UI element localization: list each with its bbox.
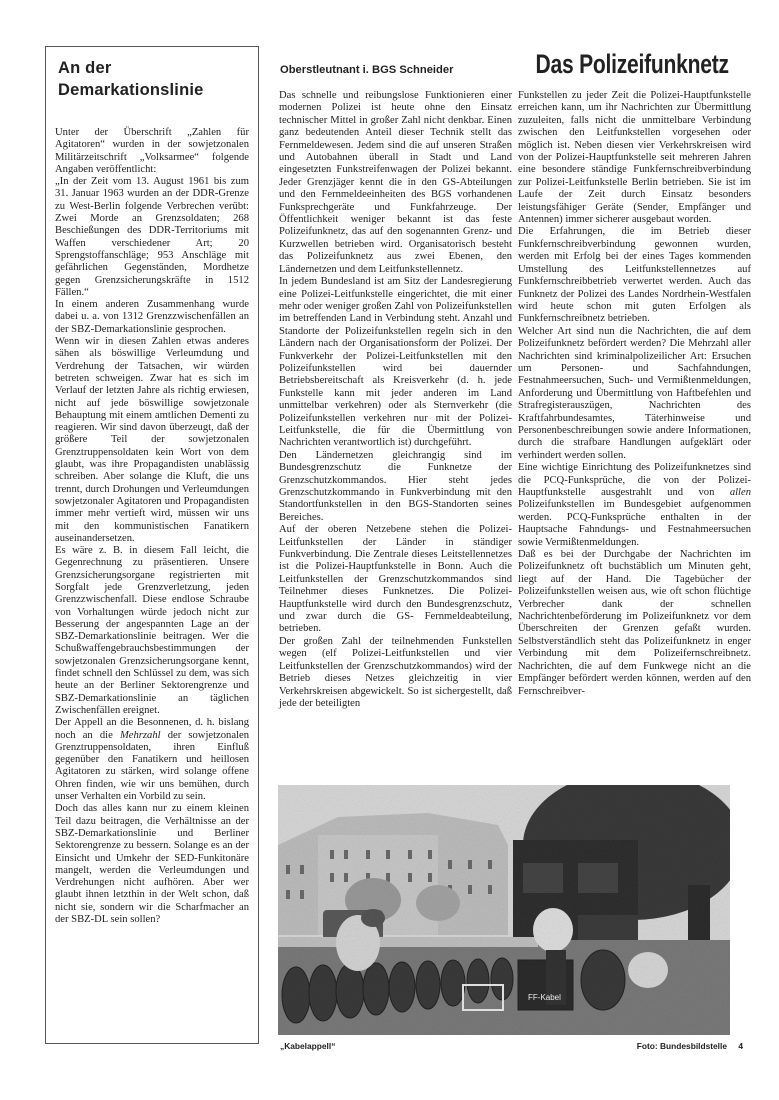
sidebar-heading: An der Demarkationslinie bbox=[58, 57, 249, 101]
article-title: Das Polizeifunknetz bbox=[536, 48, 729, 80]
sidebar-heading-line2: Demarkationslinie bbox=[58, 81, 204, 99]
article-paragraph: Den Ländernetzen gleichrangig sind im Bu… bbox=[279, 450, 512, 524]
article-paragraph: Welcher Art sind nun die Nachrichten, di… bbox=[518, 326, 751, 462]
sidebar-box: An der Demarkationslinie Unter der Übers… bbox=[45, 46, 259, 1044]
article-paragraph: Das schnelle und reibungslose Funktionie… bbox=[279, 90, 512, 276]
article-paragraph: Funkstellen zu jeder Zeit die Polizei-Ha… bbox=[518, 90, 751, 226]
emphasis: Mehrzahl bbox=[120, 730, 161, 741]
sidebar-heading-line1: An der bbox=[58, 59, 111, 77]
sidebar-paragraph: Wenn wir in diesen Zahlen etwas anderes … bbox=[55, 336, 249, 545]
article-paragraph: Die Erfahrungen, die im Betrieb dieser F… bbox=[518, 226, 751, 325]
article-paragraph: Eine wichtige Einrichtung des Polizeifun… bbox=[518, 462, 751, 549]
text-run: Eine wichtige Einrichtung des Polizeifun… bbox=[518, 462, 751, 498]
article-paragraph: Daß es bei der Durchgabe der Nachrichten… bbox=[518, 549, 751, 698]
emphasis: allen bbox=[730, 487, 751, 498]
photo-credit: Foto: Bundesbildstelle bbox=[637, 1041, 727, 1051]
article-column-middle: Das schnelle und reibungslose Funktionie… bbox=[279, 90, 512, 710]
sidebar-paragraph: Der Appell an die Besonnenen, d. h. bisl… bbox=[55, 717, 249, 803]
sidebar-paragraph: Unter der Überschrift „Zahlen für Agitat… bbox=[55, 127, 249, 176]
photo-illustration: FF-Kabel bbox=[278, 785, 730, 1035]
text-run: Polizeifunkstellen im Bundesgebiet aufge… bbox=[518, 499, 751, 547]
article-header: Oberstleutnant i. BGS Schneider Das Poli… bbox=[280, 48, 735, 84]
sidebar-paragraph: In einem anderen Zusammenhang wurde dabe… bbox=[55, 299, 249, 336]
drum-label: FF-Kabel bbox=[528, 993, 561, 1002]
page-number: 4 bbox=[738, 1041, 743, 1051]
photo-caption: „Kabelappell“ bbox=[280, 1041, 335, 1051]
article-paragraph: Der großen Zahl der teilnehmenden Funkst… bbox=[279, 636, 512, 710]
article-photo: FF-Kabel bbox=[278, 785, 730, 1035]
sidebar-paragraph: Doch das alles kann nur zu einem kleinen… bbox=[55, 803, 249, 926]
sidebar-paragraph: „In der Zeit vom 13. August 1961 bis zum… bbox=[55, 176, 249, 299]
sidebar-body: Unter der Überschrift „Zahlen für Agitat… bbox=[55, 127, 249, 926]
sidebar-paragraph: Es wäre z. B. in diesem Fall leicht, die… bbox=[55, 545, 249, 717]
article-paragraph: In jedem Bundesland ist am Sitz der Land… bbox=[279, 276, 512, 450]
article-paragraph: Auf der oberen Netzebene stehen die Poli… bbox=[279, 524, 512, 636]
article-byline: Oberstleutnant i. BGS Schneider bbox=[280, 64, 453, 76]
article-column-right: Funkstellen zu jeder Zeit die Polizei-Ha… bbox=[518, 90, 751, 698]
